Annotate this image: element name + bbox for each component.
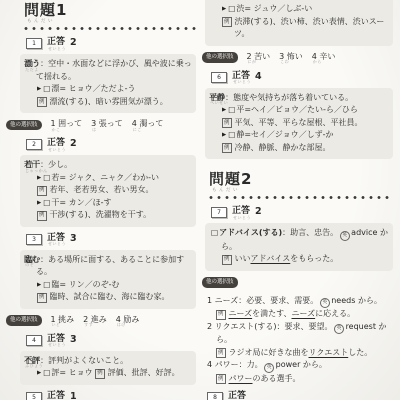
english-origin-icon: 英 xyxy=(334,324,344,334)
dotted-divider xyxy=(24,26,196,31)
kanji-reading-text: 渋= ジュウ／しぶ-い xyxy=(236,4,312,13)
answer-row: 8正答 xyxy=(207,391,246,400)
dotted-divider xyxy=(209,195,393,200)
example-text: をもらった。 xyxy=(290,254,338,263)
option-item: 2 進みすす xyxy=(83,314,107,325)
other-options-badge: 他の選択肢 xyxy=(6,120,42,131)
answer-label-ruby: せいとう xyxy=(48,148,66,152)
problem-header: 問題2もんだい xyxy=(209,171,393,200)
answer-label: 正答 xyxy=(228,391,246,400)
vocab-block: □アドバイス(する)：助言、忠告。英advice から。例いいアドバイスをもらっ… xyxy=(205,223,393,271)
example-text: 評価、批評、好評。 xyxy=(108,368,180,377)
kanji-reading-text: 静=セイ／ジョウ／しず-か xyxy=(236,130,333,139)
answer-label: 正答せいとう xyxy=(232,206,250,217)
arrow-icon: ▶ xyxy=(37,86,41,92)
answer-label: 正答 xyxy=(47,391,65,400)
question-number-box: 2 xyxy=(26,139,42,150)
loan-origin-text: needs から。 xyxy=(331,296,382,305)
headword: アドバイス(する) xyxy=(219,228,282,237)
example-text: した。 xyxy=(348,348,372,357)
answer-label: 正答せいとう xyxy=(47,233,65,244)
underlined-word: パワー xyxy=(229,374,253,383)
definition-text: ある場所に面する、あることに参加する。 xyxy=(36,255,184,277)
headword-ruby: ただよ xyxy=(35,68,39,72)
checkbox-icon: □ xyxy=(43,368,50,377)
answer-row: 7正答せいとう2 xyxy=(211,206,393,220)
option-item: 4 濁ってにご xyxy=(132,118,164,129)
option-item: 3 怖いこわ xyxy=(279,51,303,62)
option-item: 1 挑みいど xyxy=(51,314,75,325)
answer-value: 2 xyxy=(70,37,77,48)
headword: 臨むのぞ xyxy=(34,254,40,267)
kanji-reading-line: ▶□平=ヘイ／ビョウ／たい-ら／ひら xyxy=(211,104,389,117)
answer-value: 2 xyxy=(255,206,262,217)
answer-row: 5正答1 xyxy=(26,391,77,400)
answer-label: 正答せいとう xyxy=(47,37,65,48)
vocab-block: □平静へいせい：態度や気持ちが落ち着いている。▶□平=ヘイ／ビョウ／たい-ら／ひ… xyxy=(205,88,393,160)
checkbox-icon: □ xyxy=(228,130,235,139)
vocab-block: □若干じゃっかん：少し。▶□若= ジャク、ニャク／わか-い例若年、老若男女、若い… xyxy=(20,155,196,227)
scanned-textbook-page: 問題1もんだい1正答せいとう2□漂うただよ：空中・水面などに浮かび、風や波に乗っ… xyxy=(0,0,400,400)
arrow-icon: ▶ xyxy=(37,175,41,181)
problem-title-ruby: もんだい xyxy=(27,19,196,24)
option-definition-line: 4 パワー：力。英power から。 xyxy=(207,359,393,373)
definition-text: 空中・水面などに浮かび、風や波に乗って揺れる。 xyxy=(36,59,192,81)
question-number-box: 3 xyxy=(26,234,42,245)
example-box-icon: 例 xyxy=(216,348,226,358)
checkbox-icon: □ xyxy=(43,173,50,182)
arrow-icon: ▶ xyxy=(37,282,41,288)
example-box-icon: 例 xyxy=(222,17,232,27)
kanji-reading-text: 平=ヘイ／ビョウ／たい-ら／ひら xyxy=(236,105,358,114)
question-number-box: 5 xyxy=(26,392,42,400)
kanji-reading-line: ▶□若= ジャク、ニャク／わか-い xyxy=(26,172,192,185)
answer-label-ruby: せいとう xyxy=(48,47,66,51)
example-text: 若年、老若男女、若い男女。 xyxy=(50,185,154,194)
answer-label-text: 正答 xyxy=(47,391,65,400)
problem-title: 問題1 xyxy=(24,2,196,19)
headword-ruby: じゃっかん xyxy=(35,169,48,173)
option-definition-text: 2 リクエスト(する)：要求、要望。 xyxy=(207,322,333,331)
column-right: ▶□渋= ジュウ／しぶ-い例渋滞(する)、渋い柿、渋い表情、渋いスーツ。他の選択… xyxy=(205,0,393,400)
checkbox-icon: □ xyxy=(211,228,218,237)
headword: 平静へいせい xyxy=(219,92,225,105)
vocab-block: □不評ふひょう：評判がよくないこと。▶□評= ヒョウ 例評価、批評、好評。 xyxy=(20,351,196,385)
kanji-reading-line: ▶□漂= ヒョウ／ただよ-う xyxy=(26,83,192,96)
example-line: 例平気、平等、平らな屋根、平社員。 xyxy=(211,117,389,130)
option-definition-line: 2 リクエスト(する)：要求、要望。英request から。 xyxy=(207,321,393,347)
kanji-reading-text: 干= カン／ほ-す xyxy=(51,198,111,207)
option-item-ruby: にが xyxy=(248,60,257,64)
example-box-icon: 例 xyxy=(37,211,47,221)
example-text: 干渉(する)、洗濯物を干す。 xyxy=(50,210,152,219)
example-line: 例臨時、試合に臨む、海に臨む家。 xyxy=(26,291,192,304)
option-item: 1 囲ってかこ xyxy=(51,118,83,129)
option-definition-text: 1 ニーズ：必要、要求、需要。 xyxy=(207,296,318,305)
example-box-icon: 例 xyxy=(222,255,232,265)
arrow-icon: ▶ xyxy=(222,132,226,138)
arrow-icon: ▶ xyxy=(37,370,41,376)
other-options-row: 他の選択肢1 囲ってかこ3 張っては4 濁ってにご xyxy=(6,118,196,132)
colon: ： xyxy=(40,59,48,68)
definition-line: □臨むのぞ：ある場所に面する、あることに参加する。 xyxy=(26,254,192,279)
answer-value: 1 xyxy=(70,391,77,400)
question-number-box: 6 xyxy=(211,72,227,83)
example-line: 例ニーズを満たす、ニーズに応える。 xyxy=(207,308,393,321)
option-item-ruby: にご xyxy=(133,128,142,132)
example-text: のある選手。 xyxy=(253,374,301,383)
example-text: を満たす、 xyxy=(252,309,291,318)
other-options-row: 他の選択肢1 挑みいど2 進みすす4 励みはげ xyxy=(6,314,196,328)
checkbox-icon: □ xyxy=(43,198,50,207)
problem-title-ruby: もんだい xyxy=(212,188,393,193)
kanji-reading-text: 漂= ヒョウ／ただよ-う xyxy=(51,84,135,93)
other-options-badge: 他の選択肢 xyxy=(202,52,238,63)
example-text: いい xyxy=(235,254,251,263)
english-origin-icon: 英 xyxy=(340,231,350,241)
option-item-ruby: こわ xyxy=(280,60,289,64)
arrow-icon: ▶ xyxy=(222,6,226,12)
answer-row: 6正答せいとう4 xyxy=(211,71,393,85)
colon: ： xyxy=(40,255,48,264)
question-number-box: 7 xyxy=(211,207,227,218)
option-item-ruby: は xyxy=(92,128,97,132)
definition-text: 評判がよくないこと。 xyxy=(48,356,128,365)
headword: 不評ふひょう xyxy=(34,355,40,368)
option-item-ruby: から xyxy=(313,60,322,64)
answer-value: 4 xyxy=(255,71,262,82)
answer-value: 2 xyxy=(70,138,77,149)
example-line: 例ラジオ局に好きな曲をリクエストした。 xyxy=(207,347,393,360)
example-box-icon: 例 xyxy=(222,143,232,153)
vocab-block: ▶□渋= ジュウ／しぶ-い例渋滞(する)、渋い柿、渋い表情、渋いスーツ。 xyxy=(205,0,393,46)
question-number-box: 4 xyxy=(26,335,42,346)
answer-row: 1正答せいとう2 xyxy=(26,37,196,51)
definition-line: □漂うただよ：空中・水面などに浮かび、風や波に乗って揺れる。 xyxy=(26,58,192,83)
example-line: 例渋滞(する)、渋い柿、渋い表情、渋いスーツ。 xyxy=(211,16,389,41)
headword: 漂うただよ xyxy=(34,58,40,71)
example-box-icon: 例 xyxy=(216,374,226,384)
example-box-icon: 例 xyxy=(222,118,232,128)
arrow-icon: ▶ xyxy=(37,200,41,206)
checkbox-icon: □ xyxy=(43,280,50,289)
answer-label-ruby: せいとう xyxy=(48,343,66,347)
example-box-icon: 例 xyxy=(37,186,47,196)
english-origin-icon: 英 xyxy=(264,363,274,373)
example-text: 冷静、静脈、静かな部屋。 xyxy=(235,143,331,152)
answer-label-text: 正答 xyxy=(228,391,246,400)
answer-label: 正答せいとう xyxy=(232,71,250,82)
other-options-row: 他の選択肢 xyxy=(202,276,393,290)
definition-line: □若干じゃっかん：少し。 xyxy=(26,159,192,172)
answer-label-ruby: せいとう xyxy=(48,242,66,246)
other-options-badge: 他の選択肢 xyxy=(202,277,238,288)
question-number-box: 8 xyxy=(207,392,223,400)
example-line: 例干渉(する)、洗濯物を干す。 xyxy=(26,209,192,222)
example-box-icon: 例 xyxy=(95,369,105,379)
definition-text: 助言、忠告。 xyxy=(290,228,338,237)
arrow-icon: ▶ xyxy=(222,107,226,113)
option-item: 2 苦いにが xyxy=(247,51,271,62)
example-line: 例いいアドバイスをもらった。 xyxy=(211,253,389,266)
problem-title: 問題2 xyxy=(209,171,393,188)
kanji-reading-line: ▶□渋= ジュウ／しぶ-い xyxy=(211,3,389,16)
checkbox-icon: □ xyxy=(43,84,50,93)
definition-text: 少し。 xyxy=(48,160,72,169)
answer-row: 3正答せいとう3 xyxy=(26,233,196,247)
headword-ruby: ふひょう xyxy=(35,364,43,368)
option-item-ruby: かこ xyxy=(52,128,61,132)
problem-header: 問題1もんだい xyxy=(24,2,196,31)
option-item-ruby: いど xyxy=(52,323,61,327)
example-box-icon: 例 xyxy=(37,97,47,107)
example-text: 臨時、試合に臨む、海に臨む家。 xyxy=(50,292,170,301)
kanji-reading-line: ▶□評= ヒョウ 例評価、批評、好評。 xyxy=(26,367,192,380)
example-box-icon: 例 xyxy=(37,293,47,303)
kanji-reading-line: ▶□静=セイ／ジョウ／しず-か xyxy=(211,129,389,142)
definition-line: □不評ふひょう：評判がよくないこと。 xyxy=(26,355,192,368)
option-item: 4 辛いから xyxy=(312,51,336,62)
answer-row: 4正答せいとう3 xyxy=(26,334,196,348)
option-item-ruby: はげ xyxy=(117,323,126,327)
answer-value: 3 xyxy=(70,233,77,244)
answer-value: 3 xyxy=(70,334,77,345)
vocab-block: □漂うただよ：空中・水面などに浮かび、風や波に乗って揺れる。▶□漂= ヒョウ／た… xyxy=(20,54,196,113)
kanji-reading-text: 評= ヒョウ xyxy=(51,368,95,377)
column-left: 問題1もんだい1正答せいとう2□漂うただよ：空中・水面などに浮かび、風や波に乗っ… xyxy=(20,0,196,400)
definition-line: □アドバイス(する)：助言、忠告。英advice から。 xyxy=(211,227,389,253)
underlined-word: アドバイス xyxy=(251,254,291,263)
other-options-badge: 他の選択肢 xyxy=(6,315,42,326)
answer-label-ruby: せいとう xyxy=(233,80,251,84)
example-line: 例冷静、静脈、静かな部屋。 xyxy=(211,142,389,155)
loan-origin-text: power から。 xyxy=(276,360,327,369)
option-definition-text: 4 パワー：力。 xyxy=(207,360,263,369)
colon: ： xyxy=(282,228,290,237)
example-box-icon: 例 xyxy=(216,310,226,320)
other-options-list: 1 ニーズ：必要、要求、需要。英needs から。例ニーズを満たす、ニーズに応え… xyxy=(207,295,393,386)
answer-label: 正答せいとう xyxy=(47,138,65,149)
english-origin-icon: 英 xyxy=(320,298,330,308)
option-item: 3 張っては xyxy=(91,118,123,129)
example-line: 例パワーのある選手。 xyxy=(207,373,393,386)
example-text: 漂流(する)、暗い雰囲気が漂う。 xyxy=(50,97,168,106)
example-text: 平気、平等、平らな屋根、平社員。 xyxy=(235,118,363,127)
headword: 若干じゃっかん xyxy=(34,159,40,172)
definition-line: □平静へいせい：態度や気持ちが落ち着いている。 xyxy=(211,92,389,105)
checkbox-icon: □ xyxy=(228,105,235,114)
answer-label-ruby: せいとう xyxy=(233,216,251,220)
example-line: 例漂流(する)、暗い雰囲気が漂う。 xyxy=(26,96,192,109)
headword-ruby: へいせい xyxy=(220,101,228,105)
underlined-word: リクエスト xyxy=(309,348,349,357)
kanji-reading-line: ▶□干= カン／ほ-す xyxy=(26,197,192,210)
question-number-box: 1 xyxy=(26,38,42,49)
answer-row: 2正答せいとう2 xyxy=(26,138,196,152)
example-text: 渋滞(する)、渋い柿、渋い表情、渋いスーツ。 xyxy=(234,17,384,39)
underlined-word: ニーズ xyxy=(292,309,316,318)
option-definition-line: 1 ニーズ：必要、要求、需要。英needs から。 xyxy=(207,295,393,309)
example-line: 例若年、老若男女、若い男女。 xyxy=(26,184,192,197)
answer-label: 正答せいとう xyxy=(47,334,65,345)
kanji-reading-text: 若= ジャク、ニャク／わか-い xyxy=(51,173,159,182)
example-text: に応える。 xyxy=(315,309,355,318)
example-text: ラジオ局に好きな曲を xyxy=(229,348,309,357)
definition-text: 態度や気持ちが落ち着いている。 xyxy=(233,93,353,102)
option-item-ruby: すす xyxy=(84,323,93,327)
other-options-row: 他の選択肢2 苦いにが3 怖いこわ4 辛いから xyxy=(202,51,393,65)
vocab-block: □臨むのぞ：ある場所に面する、あることに参加する。▶□臨= リン／のぞ-む例臨時… xyxy=(20,250,196,309)
underlined-word: ニーズ xyxy=(229,309,253,318)
kanji-reading-line: ▶□臨= リン／のぞ-む xyxy=(26,279,192,292)
kanji-reading-text: 臨= リン／のぞ-む xyxy=(51,280,119,289)
checkbox-icon: □ xyxy=(228,4,235,13)
option-item: 4 励みはげ xyxy=(116,314,140,325)
